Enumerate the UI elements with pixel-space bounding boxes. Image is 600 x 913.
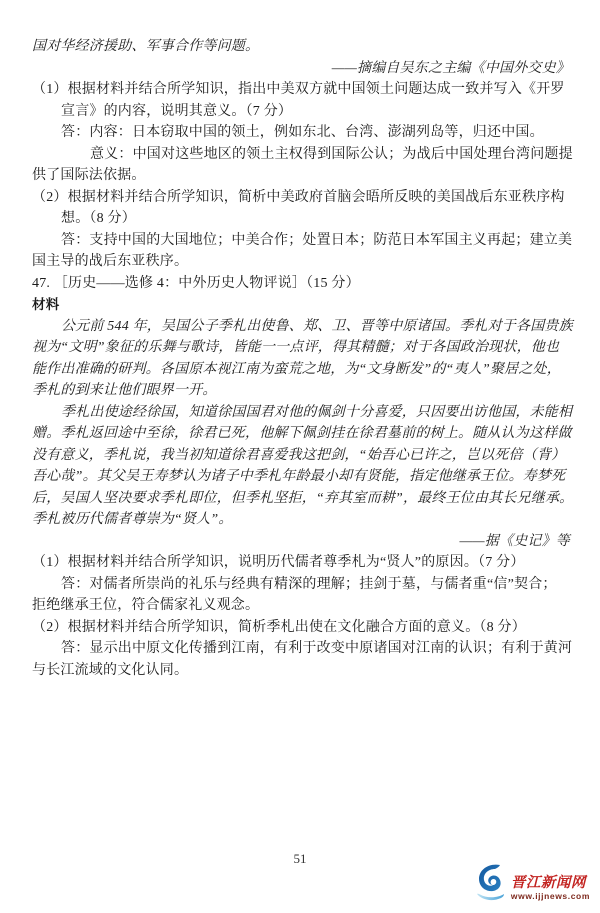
- text-line: 答：支持中国的大国地位；中美合作；处置日本；防范日本军国主义再起；建立美: [32, 230, 570, 252]
- logo-text: 晋江新闻网 www.ijjnews.com: [511, 875, 590, 901]
- text-line: 答：对儒者所崇尚的礼乐与经典有精深的理解；挂剑于墓，与儒者重“信”契合；: [32, 574, 570, 596]
- logo-site-name: 晋江新闻网: [511, 875, 586, 891]
- text-line: 赠。季札返回途中至徐，徐君已死，他解下佩剑挂在徐君墓前的树上。随从认为这样做: [32, 423, 570, 445]
- text-line: ——据《史记》等: [32, 531, 570, 553]
- text-line: 答：显示出中原文化传播到江南，有利于改变中原诸国对江南的认识；有利于黄河: [32, 638, 570, 660]
- text-line: 与长江流域的文化认同。: [32, 660, 570, 682]
- text-line: 答：内容：日本窃取中国的领土，例如东北、台湾、澎湖列岛等，归还中国。: [32, 122, 570, 144]
- text-line: 材料: [32, 294, 570, 316]
- text-line: （1）根据材料并结合所学知识，指出中美双方就中国领土问题达成一致并写入《开罗: [32, 79, 570, 101]
- text-line: ——摘编自吴东之主编《中国外交史》: [32, 58, 570, 80]
- text-line: 季札的到来让他们眼界一开。: [32, 380, 570, 402]
- text-line: 能作出准确的研判。各国原本视江南为蛮荒之地，为“文身断发”的“夷人”聚居之处，: [32, 359, 570, 381]
- logo-swoosh-icon: [474, 862, 510, 906]
- text-line: 国对华经济援助、军事合作等问题。: [32, 36, 570, 58]
- text-line: 宣言》的内容，说明其意义。（7 分）: [32, 101, 570, 123]
- text-line: 国主导的战后东亚秩序。: [32, 251, 570, 273]
- logo-site-url: www.ijjnews.com: [511, 891, 590, 901]
- text-line: （2）根据材料并结合所学知识，简析季札出使在文化融合方面的意义。（8 分）: [32, 617, 570, 639]
- text-line: 没有意义，季札说，我当初知道徐君喜爱我这把剑，“始吾心已许之，岂以死倍（背）: [32, 445, 570, 467]
- document-page: 国对华经济援助、军事合作等问题。——摘编自吴东之主编《中国外交史》（1）根据材料…: [0, 0, 600, 913]
- text-line: 后，吴国人坚决要求季札即位，但季札坚拒，“弃其室而耕”，最终王位由其长兄继承。: [32, 488, 570, 510]
- text-line: 拒绝继承王位，符合儒家礼义观念。: [32, 595, 570, 617]
- text-line: 吾心哉”。其父吴王寿梦认为诸子中季札年龄最小却有贤能，指定他继承王位。寿梦死: [32, 466, 570, 488]
- text-line: （2）根据材料并结合所学知识，简析中美政府首脑会晤所反映的美国战后东亚秩序构: [32, 187, 570, 209]
- text-line: 想。（8 分）: [32, 208, 570, 230]
- text-line: 47. ［历史——选修 4：中外历史人物评说］（15 分）: [32, 273, 570, 295]
- site-logo-watermark: 晋江新闻网 www.ijjnews.com: [474, 862, 590, 906]
- text-line: 季札被历代儒者尊崇为“贤人”。: [32, 509, 570, 531]
- text-line: （1）根据材料并结合所学知识，说明历代儒者尊季札为“贤人”的原因。（7 分）: [32, 552, 570, 574]
- text-line: 公元前 544 年，吴国公子季札出使鲁、郑、卫、晋等中原诸国。季札对于各国贵族: [32, 316, 570, 338]
- text-line: 视为“文明”象征的乐舞与歌诗，皆能一一点评，得其精髓；对于各国政治现状，他也: [32, 337, 570, 359]
- text-line: 意义：中国对这些地区的领土主权得到国际公认；为战后中国处理台湾问题提: [32, 144, 570, 166]
- text-line: 季札出使途经徐国，知道徐国国君对他的佩剑十分喜爱，只因要出访他国，未能相: [32, 402, 570, 424]
- text-line: 供了国际法依据。: [32, 165, 570, 187]
- document-lines: 国对华经济援助、军事合作等问题。——摘编自吴东之主编《中国外交史》（1）根据材料…: [32, 36, 570, 681]
